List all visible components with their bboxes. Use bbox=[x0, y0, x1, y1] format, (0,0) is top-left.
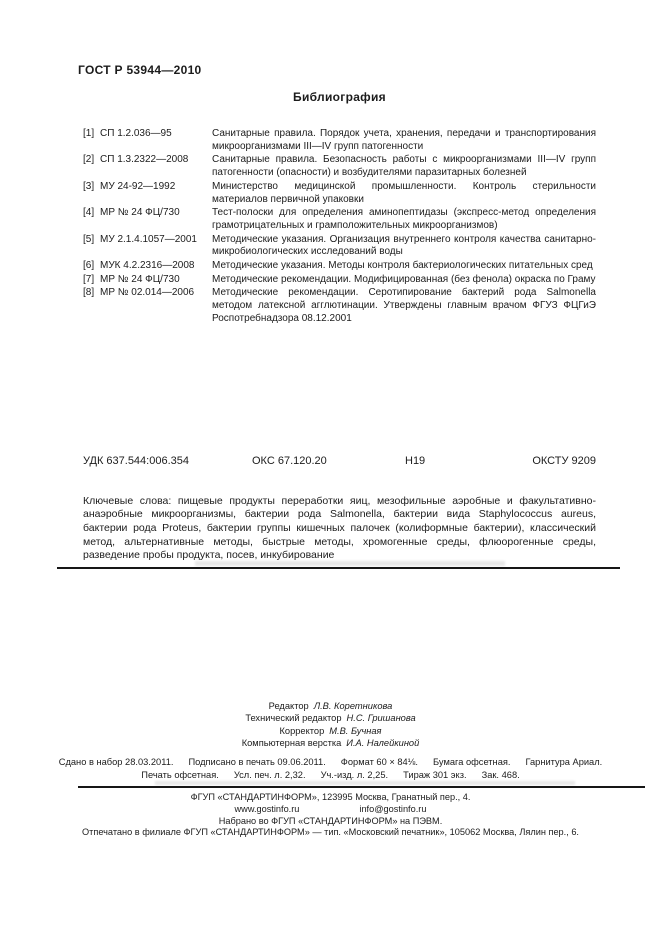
bibliography-entry: [7] МР № 24 ФЦ/730 Методические рекоменд… bbox=[83, 274, 596, 287]
publisher-contacts: www.gostinfo.ru info@gostinfo.ru bbox=[0, 804, 661, 816]
ref-code: МР № 24 ФЦ/730 bbox=[100, 274, 212, 287]
classification-row: УДК 637.544:006.354 ОКС 67.120.20 Н19 ОК… bbox=[83, 455, 596, 469]
udk-code: УДК 637.544:006.354 bbox=[83, 455, 189, 467]
bibliography-entry: [3] МУ 24-92—1992 Министерство медицинск… bbox=[83, 181, 596, 206]
ref-description: Методические указания. Организация внутр… bbox=[212, 234, 596, 259]
oks-code: ОКС 67.120.20 bbox=[252, 455, 327, 467]
ref-code: МР № 24 ФЦ/730 bbox=[100, 207, 212, 232]
ref-code: СП 1.3.2322—2008 bbox=[100, 154, 212, 179]
imprint-segment: Бумага офсетная. bbox=[433, 756, 510, 769]
bibliography-entry: [4] МР № 24 ФЦ/730 Тест-полоски для опре… bbox=[83, 207, 596, 232]
printed-note: Отпечатано в филиале ФГУП «СТАНДАРТИНФОР… bbox=[0, 827, 661, 839]
horizontal-rule-top bbox=[57, 567, 620, 569]
publisher-address: ФГУП «СТАНДАРТИНФОРМ», 123995 Москва, Гр… bbox=[0, 792, 661, 804]
ref-description: Методические указания. Методы контроля б… bbox=[212, 260, 596, 273]
bibliography-list: [1] СП 1.2.036—95 Санитарные правила. По… bbox=[83, 128, 596, 327]
ref-number: [7] bbox=[83, 274, 100, 287]
staff-name: Н.С. Гришанова bbox=[347, 713, 416, 723]
staff-block: РедакторЛ.В. Коретникова Технический ред… bbox=[0, 700, 661, 750]
ref-number: [6] bbox=[83, 260, 100, 273]
staff-line: КорректорМ.В. Бучная bbox=[0, 725, 661, 737]
ref-code: МУК 4.2.2316—2008 bbox=[100, 260, 212, 273]
ref-description: Санитарные правила. Безопасность работы … bbox=[212, 154, 596, 179]
publisher-email: info@gostinfo.ru bbox=[359, 804, 426, 816]
imprint-segment: Гарнитура Ариал. bbox=[525, 756, 602, 769]
ref-number: [8] bbox=[83, 287, 100, 325]
ref-number: [4] bbox=[83, 207, 100, 232]
ref-number: [5] bbox=[83, 234, 100, 259]
imprint-segment: Сдано в набор 28.03.2011. bbox=[59, 756, 174, 769]
staff-role: Корректор bbox=[279, 726, 324, 736]
imprint-block: Сдано в набор 28.03.2011. Подписано в пе… bbox=[0, 756, 661, 782]
publisher-website: www.gostinfo.ru bbox=[235, 804, 300, 816]
ref-description: Министерство медицинской промышленности.… bbox=[212, 181, 596, 206]
ref-number: [3] bbox=[83, 181, 100, 206]
staff-role: Технический редактор bbox=[245, 713, 341, 723]
bibliography-title: Библиография bbox=[83, 90, 596, 104]
staff-name: Л.В. Коретникова bbox=[314, 701, 393, 711]
imprint-line-1: Сдано в набор 28.03.2011. Подписано в пе… bbox=[0, 756, 661, 769]
horizontal-rule-bottom bbox=[78, 786, 645, 788]
ref-description: Тест-полоски для определения аминопептид… bbox=[212, 207, 596, 232]
document-page: ГОСТ Р 53944—2010 Библиография [1] СП 1.… bbox=[0, 0, 661, 936]
index-code: Н19 bbox=[405, 455, 425, 467]
publisher-block: ФГУП «СТАНДАРТИНФОРМ», 123995 Москва, Гр… bbox=[0, 792, 661, 839]
imprint-segment: Формат 60 × 84⅛. bbox=[341, 756, 418, 769]
bibliography-entry: [5] МУ 2.1.4.1057—2001 Методические указ… bbox=[83, 234, 596, 259]
ref-number: [1] bbox=[83, 128, 100, 153]
staff-line: Компьютерная версткаИ.А. Налейкиной bbox=[0, 737, 661, 749]
typeset-note: Набрано во ФГУП «СТАНДАРТИНФОРМ» на ПЭВМ… bbox=[0, 816, 661, 828]
bibliography-entry: [6] МУК 4.2.2316—2008 Методические указа… bbox=[83, 260, 596, 273]
staff-name: М.В. Бучная bbox=[329, 726, 381, 736]
ref-code: МУ 2.1.4.1057—2001 bbox=[100, 234, 212, 259]
staff-role: Редактор bbox=[269, 701, 309, 711]
doc-number: ГОСТ Р 53944—2010 bbox=[78, 63, 202, 77]
staff-name: И.А. Налейкиной bbox=[346, 738, 419, 748]
ref-description: Методические рекомендации. Модифицирован… bbox=[212, 274, 596, 287]
ref-description: Санитарные правила. Порядок учета, хране… bbox=[212, 128, 596, 153]
scan-artifact bbox=[155, 781, 575, 785]
bibliography-entry: [1] СП 1.2.036—95 Санитарные правила. По… bbox=[83, 128, 596, 153]
staff-line: РедакторЛ.В. Коретникова bbox=[0, 700, 661, 712]
ref-description: Методические рекомендации. Серотипирован… bbox=[212, 287, 596, 325]
ref-code: СП 1.2.036—95 bbox=[100, 128, 212, 153]
bibliography-entry: [2] СП 1.3.2322—2008 Санитарные правила.… bbox=[83, 154, 596, 179]
scan-artifact bbox=[195, 561, 505, 566]
okstu-code: ОКСТУ 9209 bbox=[532, 455, 596, 467]
staff-line: Технический редакторН.С. Гришанова bbox=[0, 712, 661, 724]
ref-code: МР № 02.014—2006 bbox=[100, 287, 212, 325]
keywords-paragraph: Ключевые слова: пищевые продукты перераб… bbox=[83, 495, 596, 564]
ref-code: МУ 24-92—1992 bbox=[100, 181, 212, 206]
ref-number: [2] bbox=[83, 154, 100, 179]
imprint-segment: Подписано в печать 09.06.2011. bbox=[188, 756, 325, 769]
staff-role: Компьютерная верстка bbox=[242, 738, 342, 748]
bibliography-entry: [8] МР № 02.014—2006 Методические рекоме… bbox=[83, 287, 596, 325]
